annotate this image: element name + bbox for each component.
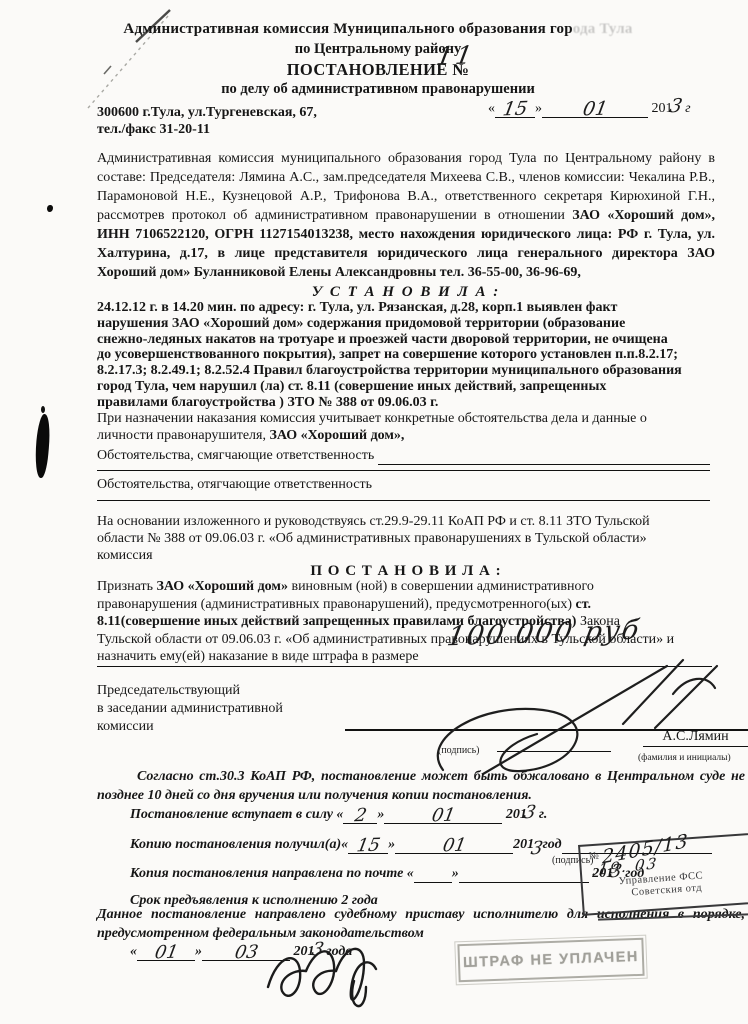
header-org-line-faded: ода Тула: [573, 21, 633, 37]
blank-rule-1: [97, 470, 710, 471]
aggravating-row: Обстоятельства, отягчающие ответственнос…: [97, 475, 710, 494]
received-day-handwritten: 15: [355, 836, 381, 856]
laquo: «: [130, 944, 137, 959]
effective-date-row: Постановление вступает в силу «2»01 2013…: [130, 805, 630, 824]
laquo: «: [488, 101, 495, 116]
effective-month-handwritten: 01: [430, 806, 456, 826]
raquo: »: [535, 101, 542, 116]
raquo: »: [195, 944, 202, 959]
bailiff-line-2: предусмотренном федеральным законодатель…: [97, 925, 745, 944]
header-org-line: Административная комиссия Муниципального…: [88, 20, 668, 39]
sender-address: 300600 г.Тула, ул.Тургеневская, 67,: [97, 104, 317, 121]
chairman-signature: [425, 652, 748, 777]
appeal-line-1: Согласно ст.30.3 КоАП РФ, постановление …: [97, 767, 745, 786]
laquo: «: [407, 866, 414, 881]
effective-era: г.: [539, 807, 547, 822]
page: { "doc": { "header": { "org_line": "Адми…: [0, 0, 748, 1024]
mailed-label: Копия постановления направлена по почте: [130, 866, 407, 881]
issue-month-handwritten: 01: [581, 100, 609, 120]
issue-date-row: «15»01 2013 г: [488, 99, 738, 118]
decree-number-handwritten: 11: [435, 45, 476, 65]
issue-year-handwritten: 3: [669, 101, 683, 111]
executor-signature: [262, 925, 382, 1020]
issue-era: г: [685, 101, 690, 116]
mitigating-row: Обстоятельства, смягчающие ответственнос…: [97, 446, 710, 465]
ruling-seg1-bold: ЗАО «Хороший дом»: [156, 579, 287, 594]
chairman-role: Председательствующий в заседании админис…: [97, 682, 357, 736]
found-body: 24.12.12 г. в 14.20 мин. по адресу: г. Т…: [97, 300, 709, 411]
received-month-handwritten: 01: [441, 836, 467, 856]
decree-title: ПОСТАНОВЛЕНИЕ №: [88, 60, 668, 79]
sent-month-handwritten: 03: [233, 943, 259, 963]
ink-dot-artifact: [47, 205, 53, 212]
mitigating-fill-line: [378, 446, 710, 465]
ink-blob-artifact: [33, 414, 52, 479]
issue-day-handwritten: 15: [501, 100, 529, 120]
mailed-month-blank: [459, 865, 589, 883]
mitigating-label: Обстоятельства, смягчающие ответственнос…: [97, 446, 374, 465]
effective-year-handwritten: 3: [523, 808, 536, 818]
appeal-note: Согласно ст.30.3 КоАП РФ, постановление …: [97, 767, 745, 805]
raquo: »: [452, 866, 459, 881]
fine-amount-handwritten: 100 000 руб: [446, 621, 642, 647]
received-label: Копию постановления получил(а): [130, 835, 341, 854]
sent-day-handwritten: 01: [153, 943, 179, 963]
basis-paragraph: На основании изложенного и руководствуяс…: [97, 513, 715, 564]
header-district-line: по Центральному району: [88, 40, 668, 59]
ruling-seg1: Признать: [97, 579, 156, 594]
aggravating-label: Обстоятельства, отягчающие ответственнос…: [97, 477, 372, 492]
raquo: »: [388, 835, 395, 854]
header-subject-line: по делу об административном правонарушен…: [88, 80, 668, 99]
ink-blob-artifact-top: [41, 406, 45, 413]
effective-day-handwritten: 2: [353, 806, 368, 825]
sender-contact: 300600 г.Тула, ул.Тургеневская, 67, тел.…: [97, 104, 317, 138]
fssp-stamp: №2405/13 .19. 03 Управление ФСС Советски…: [578, 830, 748, 916]
sender-phone: тел./факс 31-20-11: [97, 121, 317, 138]
fine-unpaid-stamp: ШТРАФ НЕ УПЛАЧЕН: [457, 938, 644, 982]
effective-label: Постановление вступает в силу: [130, 807, 336, 822]
mailed-day-blank: [414, 865, 452, 883]
blank-rule-2: [97, 500, 710, 501]
bailiff-note: Данное постановление направлено судебном…: [97, 906, 745, 943]
penalty-note-bold: ЗАО «Хороший дом»,: [269, 428, 404, 443]
laquo: «: [341, 835, 348, 854]
appeal-line-2: позднее 10 дней со дня вручения или полу…: [97, 786, 745, 805]
raquo: »: [377, 807, 384, 822]
penalty-note: При назначении наказания комиссия учитыв…: [97, 411, 715, 444]
laquo: «: [336, 807, 343, 822]
doc-header: Административная комиссия Муниципального…: [88, 20, 668, 99]
intro-paragraph: Административная комиссия муниципального…: [97, 149, 715, 282]
received-year-handwritten: 3: [530, 844, 543, 854]
